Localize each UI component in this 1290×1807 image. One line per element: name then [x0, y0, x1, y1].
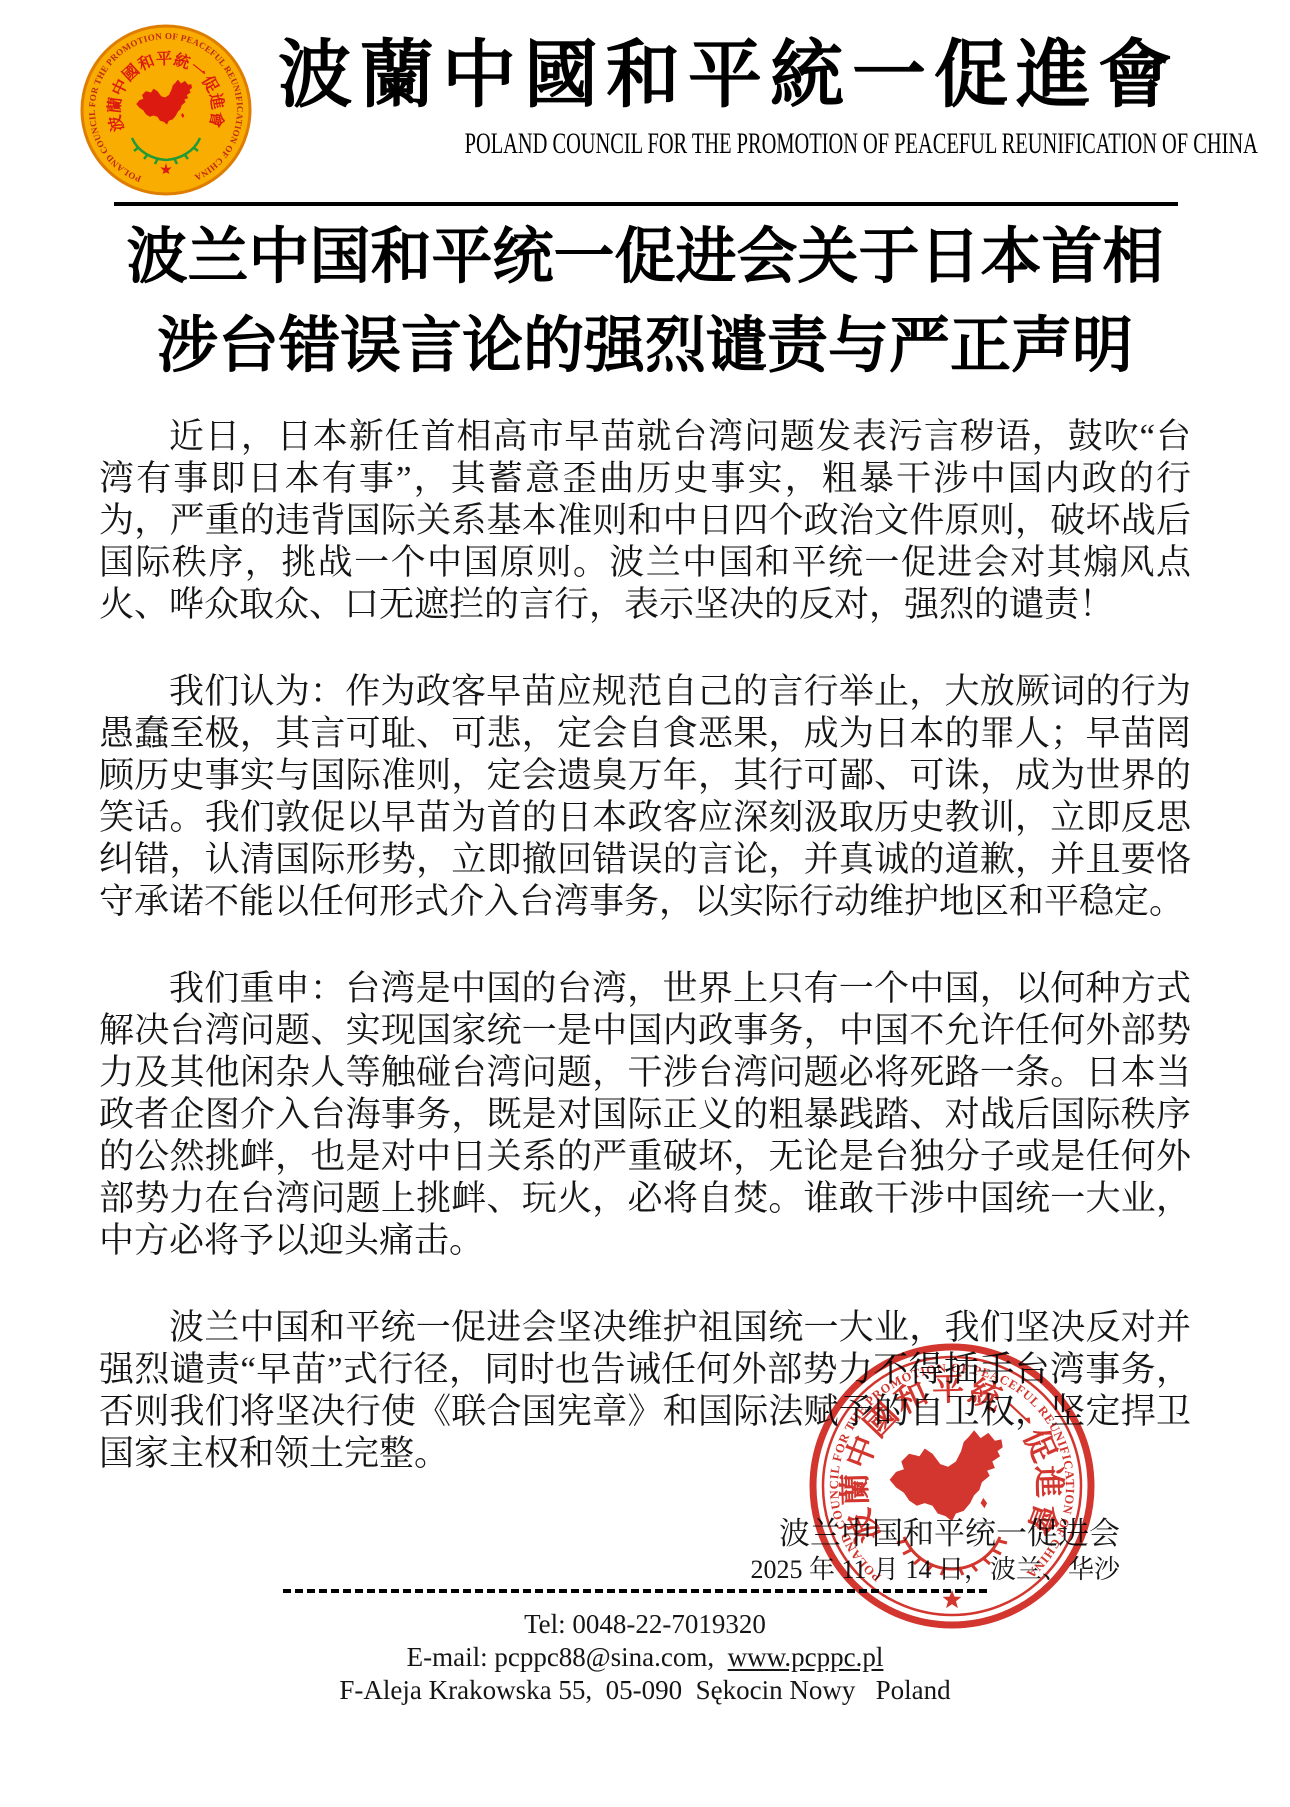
signature-org: 波兰中国和平统一促进会 — [580, 1508, 1120, 1553]
footer-telephone: Tel: 0048-22-7019320 — [145, 1608, 1145, 1641]
paragraph-2: 我们认为：作为政客早苗应规范自己的言行举止，大放厥词的行为愚蠢至极，其言可耻、可… — [99, 671, 1191, 923]
footer-contact-block: Tel: 0048-22-7019320 E-mail: pcppc88@sin… — [145, 1608, 1145, 1707]
document-title-line2: 涉台错误言论的强烈谴责与严正声明 — [0, 302, 1290, 391]
document-title-line1: 波兰中国和平统一促进会关于日本首相 — [0, 213, 1290, 302]
footer-email-address: E-mail: pcppc88@sina.com, — [407, 1642, 728, 1672]
org-name-chinese: 波蘭中國和平統一促進會 — [278, 30, 1178, 123]
footer-postal-address: F-Aleja Krakowska 55, 05-090 Sękocin Now… — [145, 1674, 1145, 1707]
council-emblem-logo: POLAND COUNCIL FOR THE PROMOTION OF PEAC… — [76, 20, 256, 200]
document-title: 波兰中国和平统一促进会关于日本首相 涉台错误言论的强烈谴责与严正声明 — [0, 213, 1290, 391]
paragraph-3: 我们重申：台湾是中国的台湾，世界上只有一个中国，以何种方式解决台湾问题、实现国家… — [99, 968, 1191, 1262]
document-page: POLAND COUNCIL FOR THE PROMOTION OF PEAC… — [0, 0, 1290, 1807]
footer-website-link[interactable]: www.pcppc.pl — [728, 1642, 884, 1672]
letterhead: 波蘭中國和平統一促進會 POLAND COUNCIL FOR THE PROMO… — [278, 30, 1178, 161]
paragraph-4: 波兰中国和平统一促进会坚决维护祖国统一大业，我们坚决反对并强烈谴责“早苗”式行径… — [99, 1307, 1191, 1475]
paragraph-1: 近日，日本新任首相高市早苗就台湾问题发表污言秽语，鼓吹“台湾有事即日本有事”，其… — [99, 416, 1191, 626]
footer-email-line: E-mail: pcppc88@sina.com, www.pcppc.pl — [145, 1641, 1145, 1674]
org-name-english: POLAND COUNCIL FOR THE PROMOTION OF PEAC… — [278, 127, 1178, 161]
signature-date: 2025 年 11 月 14 日，波兰、华沙 — [580, 1549, 1120, 1586]
footer-dashed-divider — [283, 1589, 987, 1593]
statement-body: 近日，日本新任首相高市早苗就台湾问题发表污言秽语，鼓吹“台湾有事即日本有事”，其… — [99, 416, 1191, 1520]
header-divider-rule — [114, 202, 1178, 206]
